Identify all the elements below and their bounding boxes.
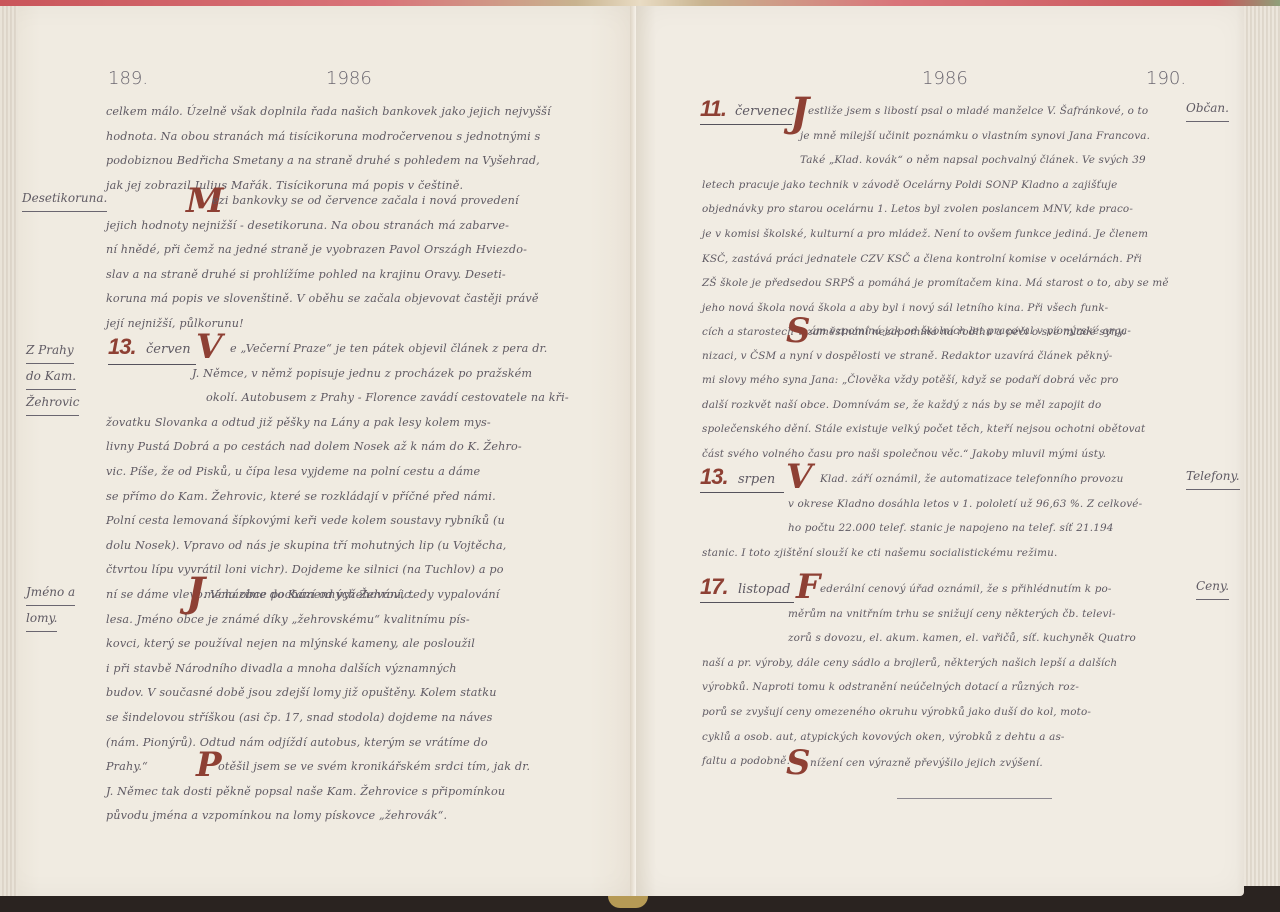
section-divider [897,798,1052,799]
ribbon-end [608,896,648,908]
entry-desetikoruna: ezi bankovky se od července začala i nov… [106,189,539,337]
entry-snizeni-cen: nížení cen výrazně převýšilo jejich zvýš… [702,751,1043,776]
page-number-left: 189. [108,68,148,89]
right-page-edges [1244,6,1280,886]
year-header-right: 1986 [922,68,968,89]
year-header-left: 1986 [326,68,372,89]
entry-17-listopad: ederální cenový úřad oznámil, že s přihl… [702,577,1136,774]
text-line: podobiznou Bedřicha Smetany a na straně … [106,149,551,174]
continuation-text: celkem málo. Úzelně však doplnila řada n… [106,100,551,198]
margin-note-ceny: Ceny. [1196,574,1229,600]
margin-note-desetikoruna: Desetikoruna. [22,186,107,212]
margin-note-jmeno-lomy: Jméno a lomy. [26,580,75,632]
entry-jmeno: méno obce pochází od vyžehování, tedy vy… [106,583,499,780]
margin-note-telefony: Telefony. [1186,464,1240,490]
entry-13-srpen: Klad. září oznámil, že automatizace tele… [702,467,1142,565]
left-page-edges [0,6,18,896]
entry-11-cervenec: estliže jsem s libostí psal o mladé manž… [702,99,1169,345]
entry-13-cerven: e „Večerní Praze“ je ten pátek objevil č… [106,337,569,608]
text-line: hodnota. Na obou stranách má tisícikorun… [106,125,551,150]
margin-note-obcan: Občan. [1186,96,1229,122]
margin-note-z-prahy: Z Prahy do Kam. Žehrovic [26,338,79,416]
page-number-right: 190. [1146,68,1186,89]
entry-potesil: otěšil jsem se ve svém kronikářském srdc… [106,755,530,829]
text-line: celkem málo. Úzelně však doplnila řada n… [106,100,551,125]
entry-sam-vzpomina: ám vzpomíná jak od školních let pracoval… [702,319,1145,467]
